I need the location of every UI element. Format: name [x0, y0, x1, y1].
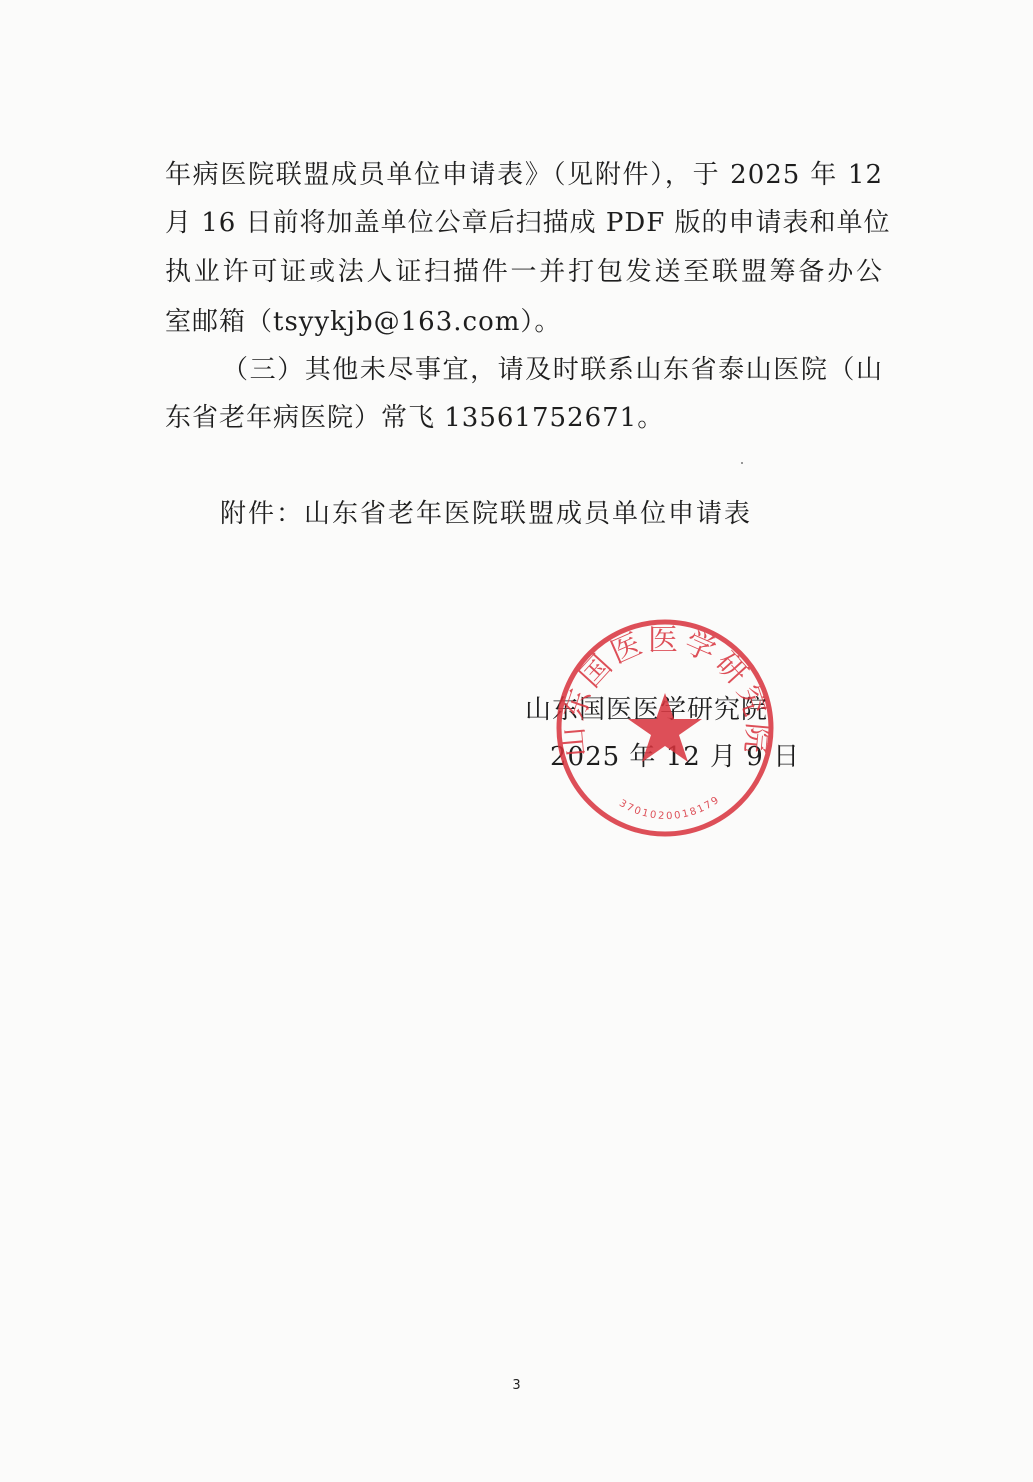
document-page: 年病医院联盟成员单位申请表》（见附件），于 2025 年 12 月 16 日前将… — [0, 0, 1033, 1482]
seal-code: 3701020018179 — [617, 794, 723, 822]
item-three-line-1: （三）其他未尽事宜，请及时联系山东省泰山医院（山 — [222, 354, 883, 386]
svg-text:山东国医医学研究院: 山东国医医学研究院 — [555, 623, 775, 759]
paragraph-line-1: 年病医院联盟成员单位申请表》（见附件），于 2025 年 12 — [165, 159, 883, 191]
paragraph-line-2: 月 16 日前将加盖单位公章后扫描成 PDF 版的申请表和单位 — [165, 207, 883, 239]
official-seal-icon: 山东国医医学研究院 3701020018179 — [552, 615, 778, 841]
seal-arc-text: 山东国医医学研究院 — [555, 623, 775, 759]
svg-text:3701020018179: 3701020018179 — [617, 794, 723, 822]
signature-date: 2025 年 12 月 9 日 — [550, 741, 800, 773]
item-three-line-2: 东省老年病医院）常飞 13561752671。 — [165, 402, 664, 434]
signature-organization: 山东国医医学研究院 — [525, 694, 768, 726]
paragraph-line-3: 执业许可证或法人证扫描件一并打包发送至联盟筹备办公 — [165, 256, 883, 288]
paragraph-line-4: 室邮箱（tsyykjb@163.com）。 — [165, 306, 561, 338]
page-number: 3 — [0, 1378, 1033, 1393]
attachment-label: 附件：山东省老年医院联盟成员单位申请表 — [220, 498, 752, 530]
scan-speck — [741, 462, 743, 464]
